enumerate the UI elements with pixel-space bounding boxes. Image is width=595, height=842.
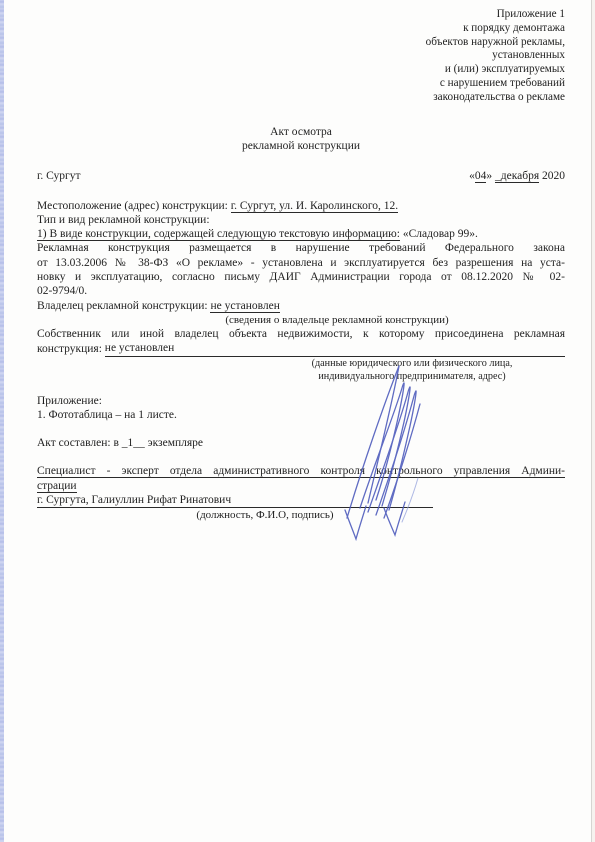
date-value: «04» _декабря 2020	[469, 170, 565, 182]
owner-label: Владелец рекламной конструкции:	[37, 300, 208, 312]
ruled-blank-line	[174, 345, 565, 357]
document-title-line2: рекламной конструкции	[37, 139, 565, 153]
type-label-line: Тип и вид рекламной конструкции:	[37, 213, 565, 227]
specialist-name: г. Сургута, Галиуллин Рифат Ринатович	[37, 493, 231, 508]
owner-caption: (сведения о владельце рекламной конструк…	[187, 313, 487, 327]
appendix-header-line: установленных	[37, 49, 565, 63]
specialist-line2: страции	[37, 479, 565, 493]
type-item: 1) В виде конструкции, содержащей следую…	[37, 228, 400, 241]
signature-caption: (должность, Ф.И.О, подпись)	[37, 508, 463, 522]
appendix-header-line: Приложение 1	[37, 8, 565, 22]
appendix-header-line: и (или) эксплуатируемых	[37, 63, 565, 77]
attachment-item: 1. Фототаблица – на 1 листе.	[37, 408, 565, 422]
appendix-header-line: к порядку демонтажа	[37, 22, 565, 36]
city-date-row: г. Сургут «04» _декабря 2020	[37, 170, 565, 182]
type-item-value: «Сладовар 99».	[403, 228, 478, 240]
copies-line: Акт составлен: в _1__ экземпляре	[37, 436, 565, 450]
ruled-signature-line	[231, 496, 433, 508]
document-content: Приложение 1 к порядку демонтажа объекто…	[0, 0, 595, 523]
appendix-header-line: с нарушением требований	[37, 77, 565, 91]
appendix-header-line: объектов наружной рекламы,	[37, 36, 565, 50]
property-value: не установлен	[105, 341, 174, 356]
document-body: Местоположение (адрес) конструкции: г. С…	[37, 199, 565, 523]
property-caption: (данные юридического или физического лиц…	[272, 357, 552, 384]
attachment-label: Приложение:	[37, 394, 565, 408]
violation-paragraph-line: 02-9794/0.	[37, 284, 565, 298]
property-label: конструкция:	[37, 342, 102, 356]
type-item-line: 1) В виде конструкции, содержащей следую…	[37, 227, 565, 241]
violation-paragraph-line: от 13.03.2006 № 38-ФЗ «О рекламе» - уста…	[37, 256, 565, 270]
property-owner-line2: конструкция: не установлен	[37, 341, 565, 356]
violation-paragraph-line: Рекламная конструкция размещается в нару…	[37, 241, 565, 255]
appendix-header-block: Приложение 1 к порядку демонтажа объекто…	[37, 8, 565, 105]
specialist-line1: Специалист - эксперт отдела администрати…	[37, 464, 565, 478]
specialist-line3: г. Сургута, Галиуллин Рифат Ринатович	[37, 493, 433, 508]
date-day: 04	[475, 170, 487, 183]
violation-paragraph-line: новку и эксплуатацию, согласно письму ДА…	[37, 270, 565, 284]
document-title: Акт осмотра рекламной конструкции	[37, 125, 565, 153]
property-owner-line1: Собственник или иной владелец объекта не…	[37, 327, 565, 341]
city-label: г. Сургут	[37, 170, 81, 182]
document-title-line1: Акт осмотра	[37, 125, 565, 139]
location-label: Местоположение (адрес) конструкции:	[37, 200, 228, 212]
owner-value: не установлен	[210, 300, 279, 313]
location-line: Местоположение (адрес) конструкции: г. С…	[37, 199, 565, 213]
location-value: г. Сургут, ул. И. Каролинского, 12.	[231, 200, 398, 213]
owner-line: Владелец рекламной конструкции: не устан…	[37, 299, 565, 313]
date-year: 2020	[542, 170, 565, 182]
scanned-document-page: Приложение 1 к порядку демонтажа объекто…	[0, 0, 595, 842]
appendix-header-line: законодательства о рекламе	[37, 91, 565, 105]
date-month: _декабря	[495, 170, 539, 183]
